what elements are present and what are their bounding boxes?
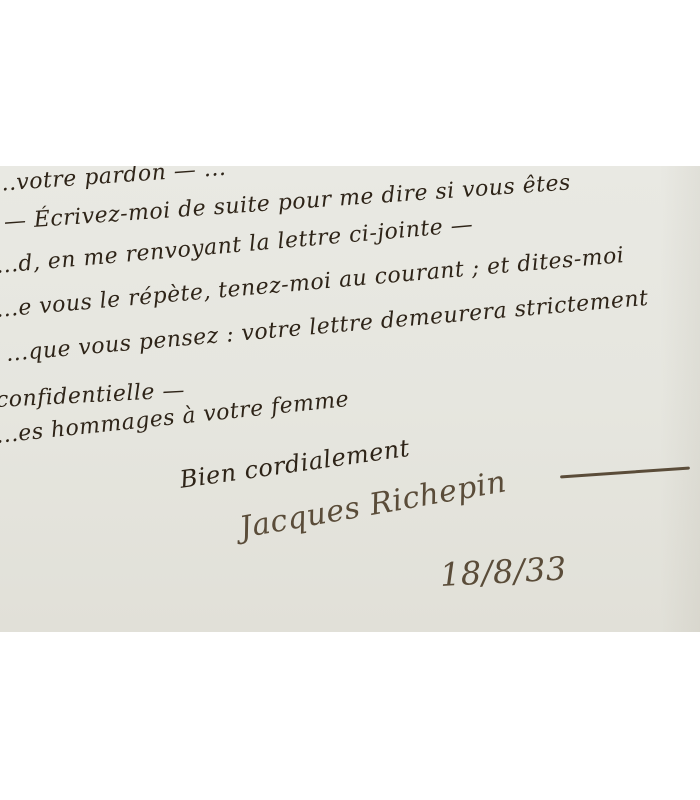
date-text: 18/8/33: [439, 549, 568, 594]
letter-paper: ...votre pardon — ... — Écrivez-moi de s…: [0, 166, 700, 632]
closing-text: Bien cordialement: [178, 434, 411, 494]
letter-line-1: ...votre pardon — ...: [0, 166, 227, 197]
signature-flourish: [560, 466, 690, 478]
